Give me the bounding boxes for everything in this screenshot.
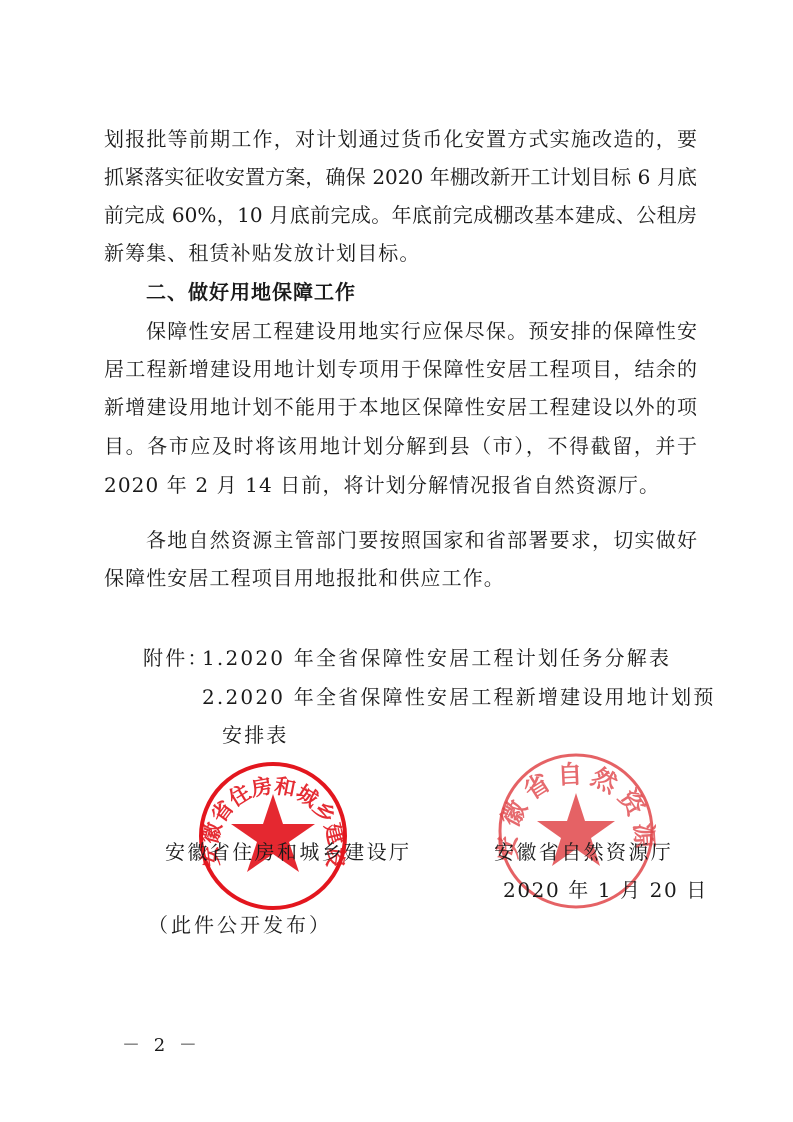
signature-date: 2020 年 1 月 20 日	[503, 875, 708, 905]
document-page: 划报批等前期工作，对计划通过货币化安置方式实施改造的，要 抓紧落实征收安置方案，…	[0, 0, 793, 1122]
body-text-line: 2020 年 2 月 14 日前，将计划分解情况报省自然资源厅。	[104, 470, 697, 500]
attachment-item-2: 2.2020 年全省保障性安居工程新增建设用地计划预	[202, 682, 716, 712]
body-text-line: 新筹集、租赁补贴发放计划目标。	[104, 238, 697, 268]
seal-icon: 安徽省住房和城乡建设厅	[197, 760, 349, 912]
body-text-line: 保障性安居工程建设用地实行应保尽保。预安排的保障性安	[146, 316, 697, 346]
section-heading: 二、做好用地保障工作	[146, 277, 356, 307]
body-text-line: 抓紧落实征收安置方案，确保 2020 年棚改新开工计划目标 6 月底	[104, 162, 697, 192]
body-text-line: 目。各市应及时将该用地计划分解到县（市），不得截留，并于	[104, 431, 697, 461]
attachments-label: 附件：	[143, 643, 210, 673]
body-text-line: 各地自然资源主管部门要按照国家和省部署要求，切实做好	[146, 525, 697, 555]
body-text-line: 保障性安居工程项目用地报批和供应工作。	[104, 563, 697, 593]
signature-housing-department: 安徽省住房和城乡建设厅	[165, 837, 411, 867]
public-release-note: （此件公开发布）	[148, 910, 332, 940]
body-text-line: 前完成 60%，10 月底前完成。年底前完成棚改基本建成、公租房	[104, 200, 697, 230]
attachment-item-1: 1.2020 年全省保障性安居工程计划任务分解表	[202, 643, 671, 673]
body-text-line: 居工程新增建设用地计划专项用于保障性安居工程项目，结余的	[104, 354, 697, 384]
body-text-line: 新增建设用地计划不能用于本地区保障性安居工程建设以外的项	[104, 392, 697, 422]
signature-natural-resources-department: 安徽省自然资源厅	[494, 837, 673, 867]
page-number: － 2 －	[122, 1033, 201, 1059]
body-text-line: 划报批等前期工作，对计划通过货币化安置方式实施改造的，要	[104, 124, 697, 154]
official-seal-housing: 安徽省住房和城乡建设厅	[197, 760, 349, 912]
attachment-item-2-continued: 安排表	[222, 720, 289, 750]
